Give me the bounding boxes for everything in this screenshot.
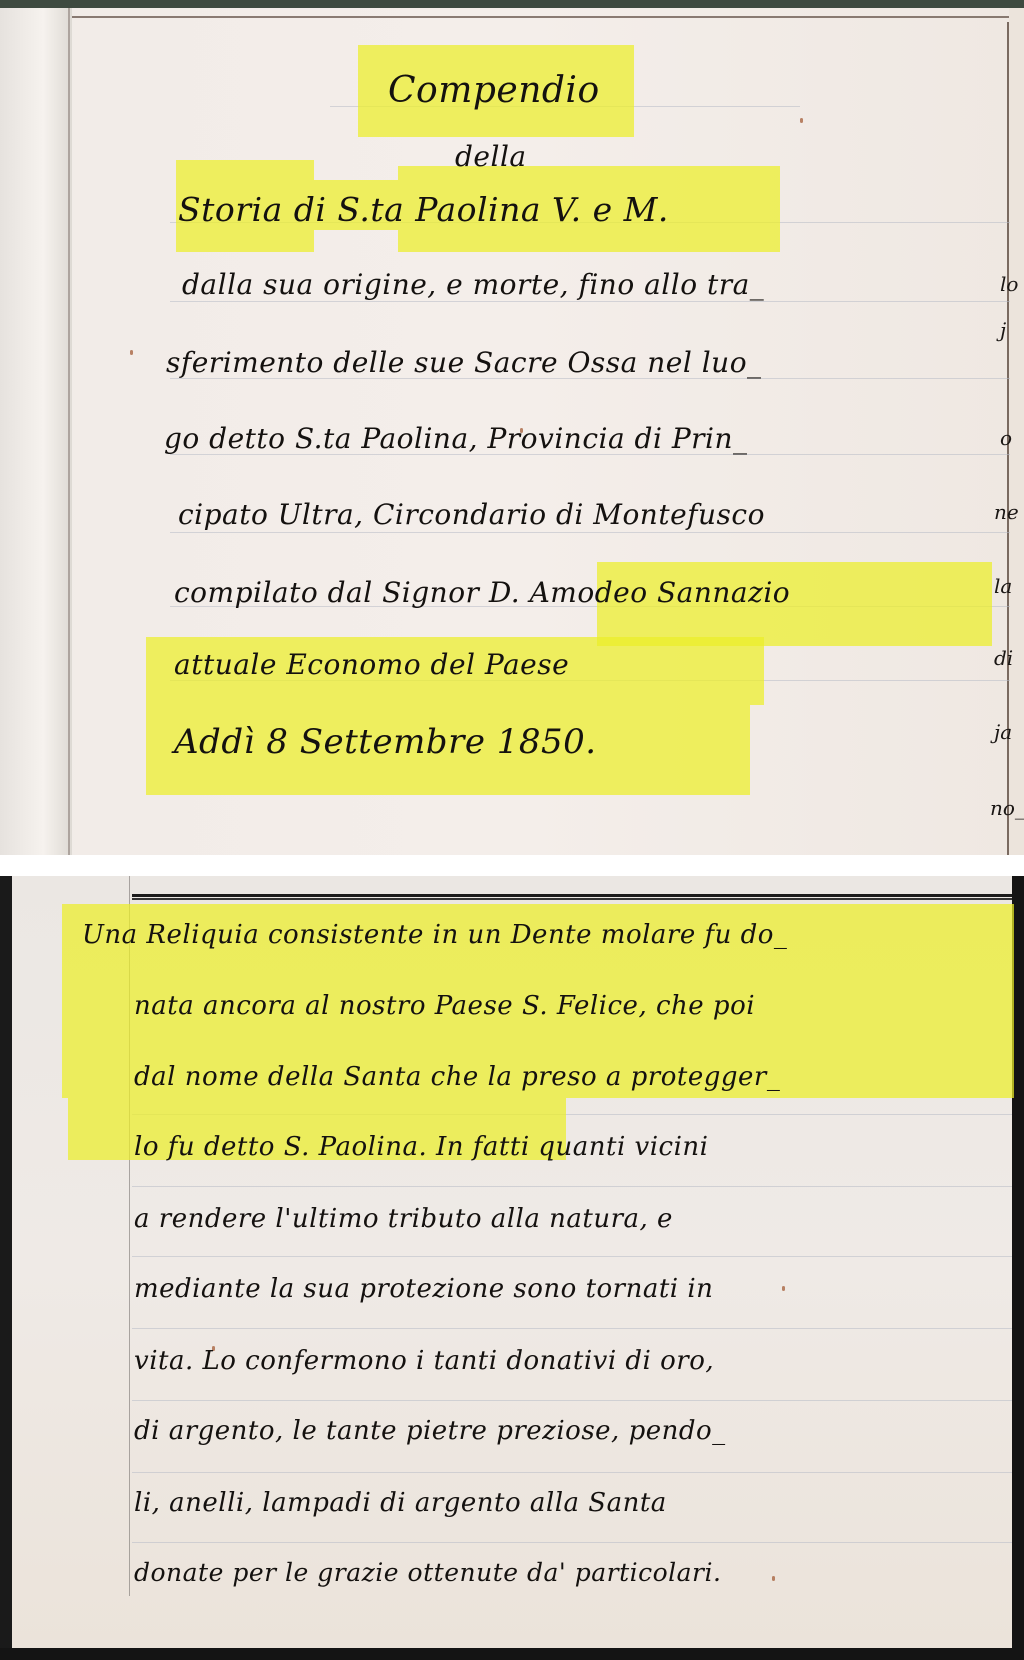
- body-line-7: vita. Lo confermono i tanti donativi di …: [134, 1346, 714, 1376]
- document-subtitle: Storia di S.ta Paolina V. e M.: [178, 190, 669, 229]
- ruled-line: [132, 1542, 1012, 1543]
- ruled-line: [132, 1472, 1012, 1473]
- body-line-3: go detto S.ta Paolina, Provincia di Prin…: [164, 422, 748, 455]
- title-page-panel: Compendio della Storia di S.ta Paolina V…: [0, 0, 1024, 855]
- spine-edge-line: [68, 8, 70, 855]
- body-line-2: sferimento delle sue Sacre Ossa nel luo_: [166, 346, 762, 379]
- body-line-4: lo fu detto S. Paolina. In fatti quanti …: [134, 1132, 709, 1162]
- margin-fragment: lo: [1000, 272, 1018, 296]
- book-spine: [0, 8, 72, 855]
- margin-fragment: ne: [994, 500, 1019, 524]
- date-line: Addì 8 Settembre 1850.: [174, 722, 597, 762]
- ruled-line: [132, 1186, 1012, 1187]
- body-line-5: a rendere l'ultimo tributo alla natura, …: [134, 1204, 673, 1234]
- ruled-line: [170, 301, 1010, 302]
- page-top-edge: [72, 16, 1012, 18]
- ruled-line: [170, 532, 1010, 533]
- body-line-9: li, anelli, lampadi di argento alla Sant…: [134, 1488, 667, 1518]
- margin-fragment: di: [994, 646, 1013, 670]
- body-line-2: nata ancora al nostro Paese S. Felice, c…: [134, 991, 755, 1021]
- margin-fragment: la: [994, 574, 1012, 598]
- document-title: Compendio: [388, 70, 600, 111]
- ruled-line: [132, 1328, 1012, 1329]
- title-connector: della: [455, 140, 527, 173]
- body-line-8: di argento, le tante pietre preziose, pe…: [134, 1416, 726, 1446]
- margin-fragment: o: [1000, 426, 1012, 450]
- foxing-spot: [130, 350, 133, 355]
- body-line-1: Una Reliquia consistente in un Dente mol…: [82, 920, 787, 950]
- body-line-3: dal nome della Santa che la preso a prot…: [134, 1062, 780, 1092]
- margin-fragment: ja: [994, 720, 1012, 744]
- foxing-spot: [772, 1576, 775, 1581]
- body-line-1: dalla sua origine, e morte, fino allo tr…: [182, 268, 764, 301]
- body-line-4: cipato Ultra, Circondario di Montefusco: [178, 498, 765, 531]
- reliquary-page-panel: Una Reliquia consistente in un Dente mol…: [0, 876, 1024, 1660]
- foxing-spot: [782, 1286, 785, 1291]
- header-double-rule: [132, 894, 1012, 900]
- margin-fragment: no_: [990, 796, 1024, 820]
- body-line-5-author: compilato dal Signor D. Amodeo Sannazio: [174, 576, 790, 609]
- ruled-line: [132, 1400, 1012, 1401]
- ruled-line: [132, 1256, 1012, 1257]
- binding-edge: [0, 876, 12, 1648]
- margin-fragment: j: [1000, 318, 1006, 342]
- body-line-6: attuale Economo del Paese: [174, 648, 569, 681]
- body-line-10: donate per le grazie ottenute da' partic…: [134, 1558, 721, 1587]
- foxing-spot: [800, 118, 803, 123]
- body-line-6: mediante la sua protezione sono tornati …: [134, 1274, 713, 1304]
